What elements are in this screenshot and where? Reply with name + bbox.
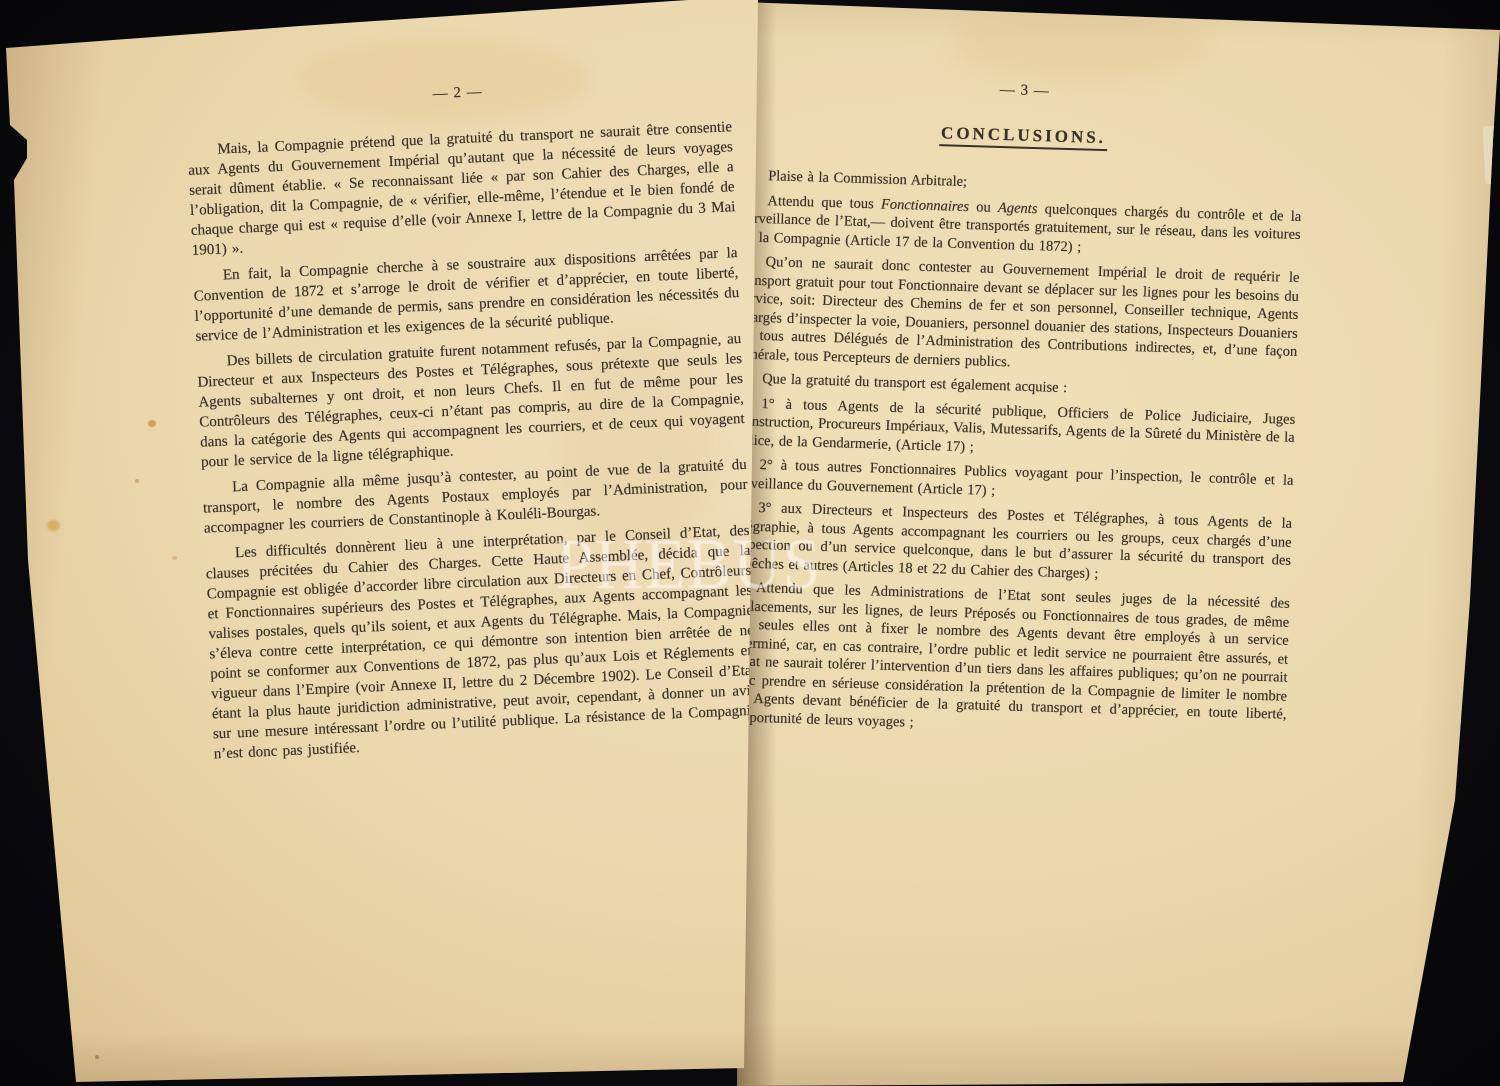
document-photo: — 3 — CONCLUSIONS. Plaise à la Commissio… [0, 0, 1500, 1086]
paragraph: En fait, la Compagnie cherche à se soust… [193, 243, 741, 347]
foxing-spot [172, 556, 177, 560]
page-number-3: — 3 — [745, 73, 1305, 108]
conclusions-title: CONCLUSIONS. [743, 118, 1303, 153]
phebus-watermark: PHEBUS [556, 528, 821, 600]
foxing-spot [95, 1055, 99, 1059]
page-edge-highlight [1482, 126, 1500, 185]
page-3-text: — 3 — CONCLUSIONS. Plaise à la Commissio… [726, 73, 1305, 742]
paragraph: Mais, la Compagnie prétend que la gratui… [187, 117, 737, 261]
paragraph: Attendu que tous Fonctionnaires ou Agent… [740, 191, 1301, 263]
foxing-spot [135, 479, 139, 483]
page-2-text: — 2 — Mais, la Compagnie prétend que la … [185, 71, 759, 764]
paragraph: Qu’on ne saurait donc contester au Gouve… [737, 252, 1300, 380]
page-number-2: — 2 — [185, 71, 730, 115]
paragraph: Des billets de circulation gratuite fure… [196, 329, 746, 473]
stain [950, 10, 1210, 80]
paragraph: 1° à tous Agents de la sécurité publique… [734, 394, 1295, 466]
foxing-spot [47, 520, 60, 531]
foxing-spot [148, 420, 156, 427]
